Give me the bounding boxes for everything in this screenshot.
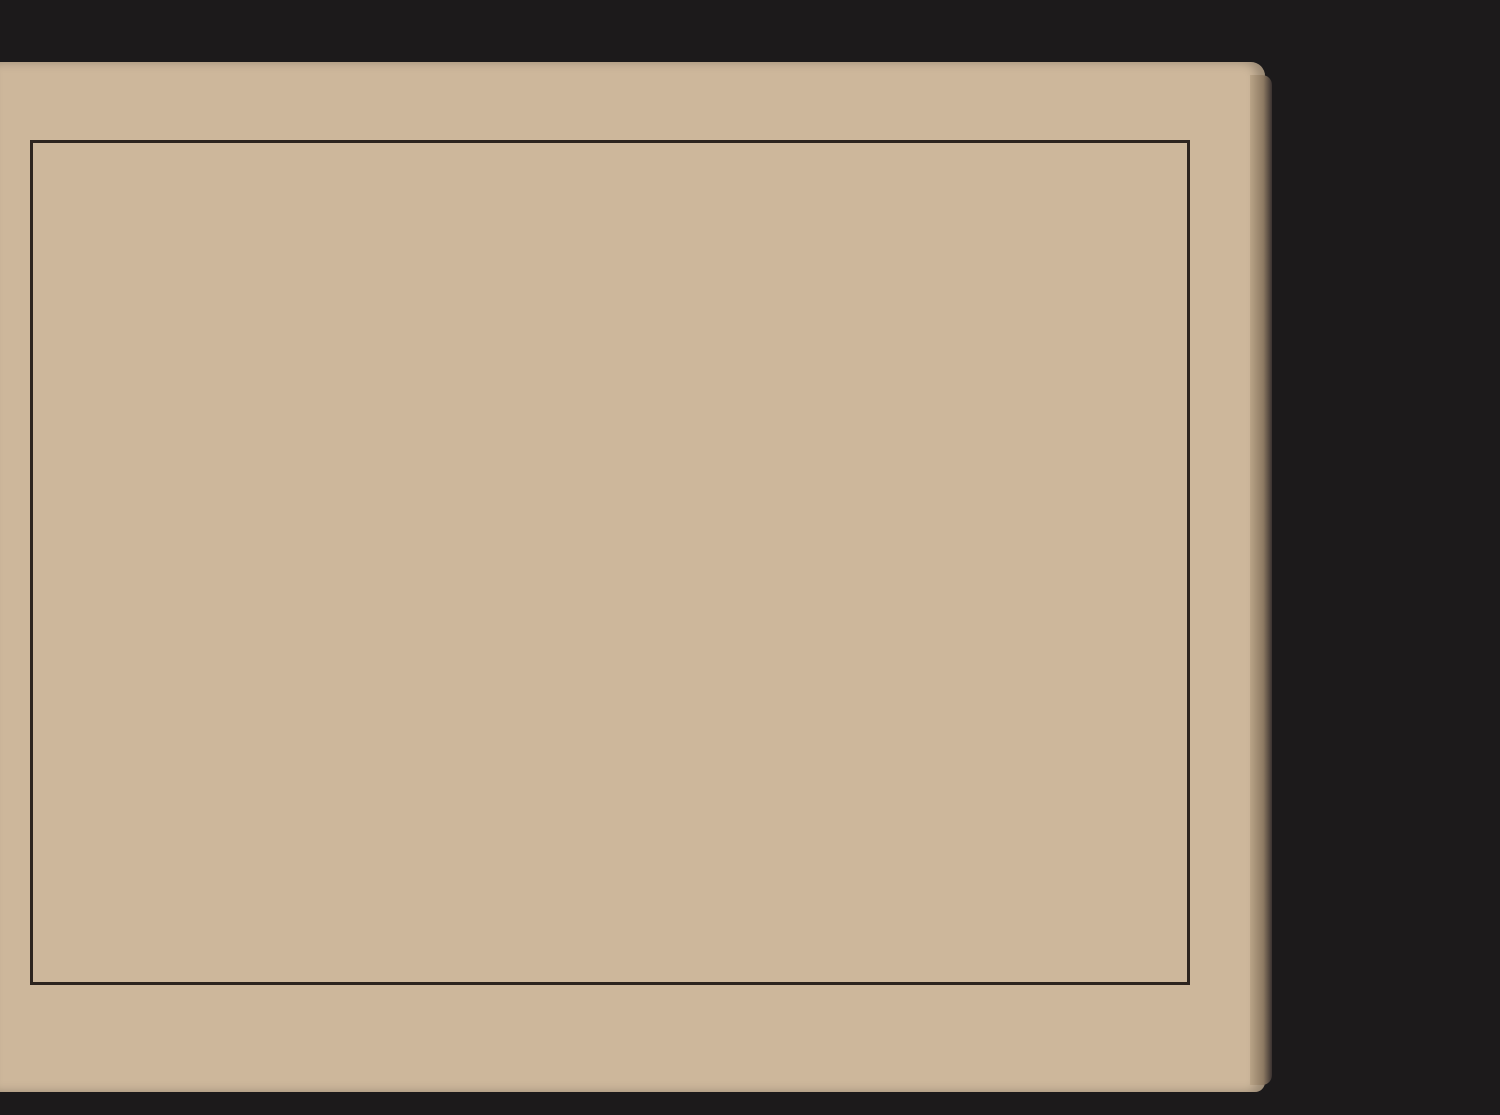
rotated-timetable [33, 144, 1193, 989]
timetable-frame [30, 140, 1190, 985]
page-edge [1250, 75, 1272, 1085]
